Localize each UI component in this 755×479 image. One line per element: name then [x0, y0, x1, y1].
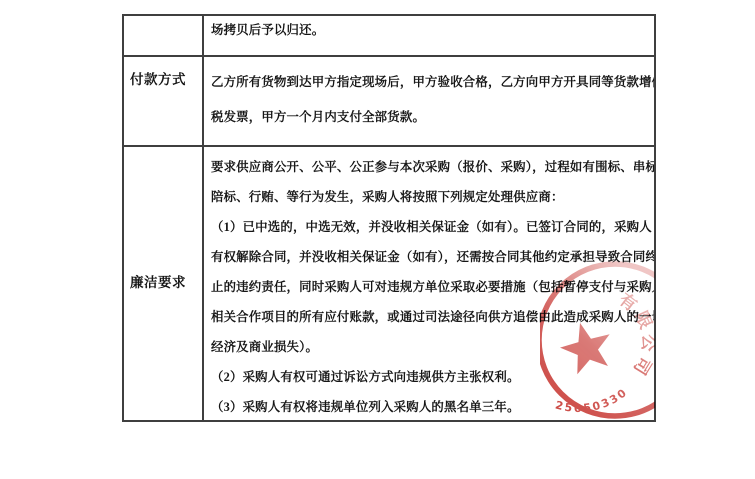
text-line: 陪标、行贿、等行为发生，采购人将按照下列规定处理供应商： — [211, 182, 649, 212]
seal-company-text: 有限公司 — [615, 289, 655, 381]
row-label-cell: 廉洁要求 — [124, 147, 204, 420]
text-line: 乙方所有货物到达甲方指定现场后，甲方验收合格，乙方向甲方开具同等货款增值 — [211, 65, 649, 100]
row-content-cell: 乙方所有货物到达甲方指定现场后，甲方验收合格，乙方向甲方开具同等货款增值税发票，… — [204, 57, 654, 145]
row-content-cell: 场拷贝后予以归还。 — [204, 16, 654, 55]
seal-star-icon — [555, 316, 617, 376]
text-line: 要求供应商公开、公平、公正参与本次采购（报价、采购），过程如有围标、串标、 — [211, 152, 649, 182]
text-line: 税发票，甲方一个月内支付全部货款。 — [211, 100, 649, 135]
scanned-contract-page: 场拷贝后予以归还。付款方式乙方所有货物到达甲方指定现场后，甲方验收合格，乙方向甲… — [0, 0, 755, 479]
table-row: 付款方式乙方所有货物到达甲方指定现场后，甲方验收合格，乙方向甲方开具同等货款增值… — [124, 57, 654, 147]
row-label-cell: 付款方式 — [124, 57, 204, 145]
text-line: （1）已中选的，中选无效，并没收相关保证金（如有）。已签订合同的，采购人 — [211, 212, 649, 242]
text-line: 场拷贝后予以归还。 — [211, 18, 649, 43]
table-row: 场拷贝后予以归还。 — [124, 16, 654, 57]
row-label-cell — [124, 16, 204, 55]
company-seal-stamp: 有限公司 25050330 — [540, 255, 655, 430]
